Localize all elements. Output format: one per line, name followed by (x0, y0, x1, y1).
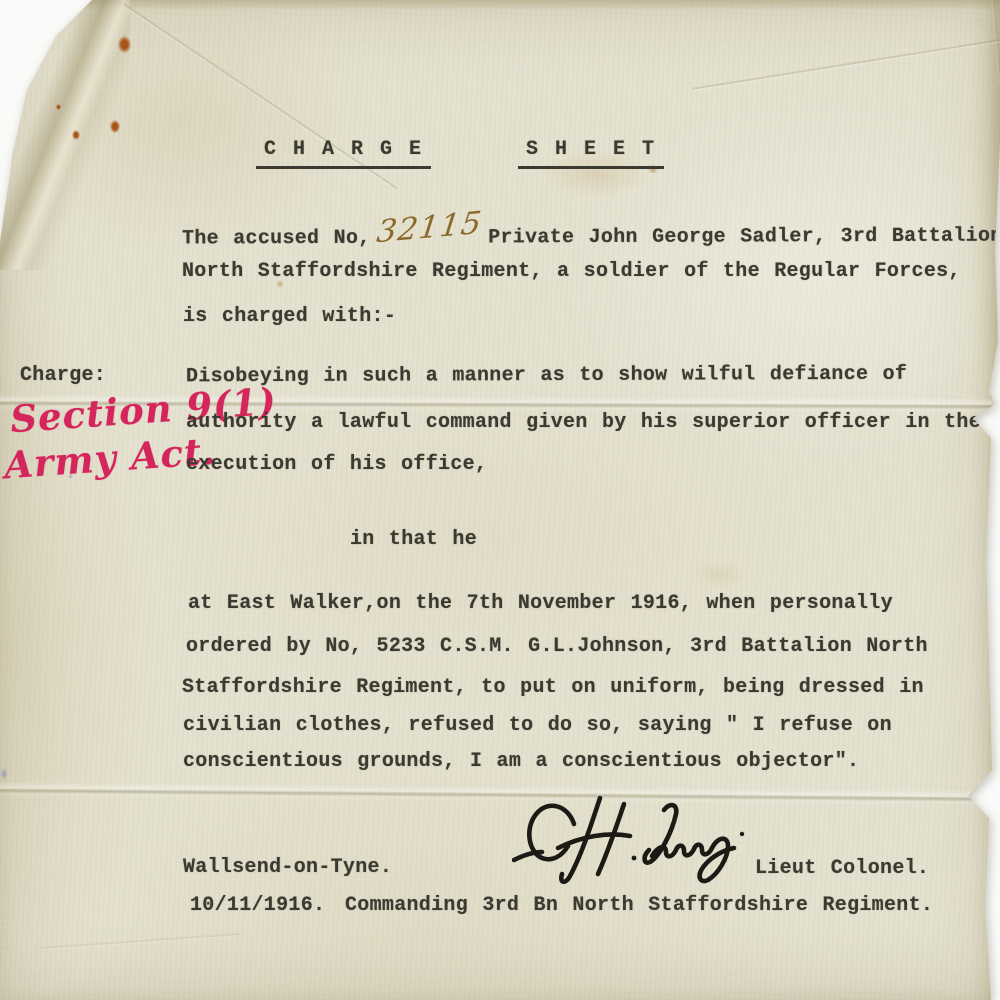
intro-line-1-post: Private John George Sadler, 3rd Battalio… (488, 225, 1000, 250)
rank-line: Lieut Colonel. (755, 857, 929, 880)
paper-sheet: C H A R G E S H E E T The accused No,321… (0, 0, 1000, 1000)
crease-bottom-left (40, 933, 240, 949)
intro-line-3: is charged with:- (183, 305, 396, 328)
intro-line-1-pre: The accused No, (182, 227, 371, 251)
torn-right-edge (972, 0, 1000, 1000)
blue-ink-mark-left-edge (0, 768, 8, 780)
charge-sheet-photo: C H A R G E S H E E T The accused No,321… (0, 0, 1000, 1000)
date-line: 10/11/1916. (190, 894, 325, 917)
particulars-line-3: Staffordshire Regiment, to put on unifor… (182, 676, 924, 699)
intro-line-2: North Staffordshire Regiment, a soldier … (182, 260, 961, 283)
commanding-officer-signature (512, 794, 752, 894)
document-title-charge: C H A R G E (256, 138, 431, 169)
place-line: Wallsend-on-Tyne. (183, 856, 392, 879)
handwritten-accused-number: 32115 (374, 205, 483, 250)
command-line: Commanding 3rd Bn North Staffordshire Re… (345, 894, 933, 917)
faint-stain (690, 560, 750, 590)
paper-top-shading (80, 0, 1000, 10)
particulars-line-2: ordered by No, 5233 C.S.M. G.L.Johnson, … (186, 635, 928, 658)
paper-wrap: C H A R G E S H E E T The accused No,321… (0, 0, 1000, 1000)
particulars-line-4: civilian clothes, refused to do so, sayi… (183, 714, 892, 737)
charge-line-2: authority a lawful command given by his … (186, 411, 981, 434)
particulars-line-5: conscientious grounds, I am a conscienti… (183, 750, 859, 773)
torn-corner-fold (0, 0, 130, 270)
charge-line-1: Disobeying in such a manner as to show w… (186, 363, 907, 389)
document-title-sheet: S H E E T (518, 138, 664, 169)
horizontal-fold-crease-lower (0, 782, 1000, 807)
particulars-line-1: at East Walker,on the 7th November 1916,… (188, 592, 893, 615)
charge-label: Charge: (20, 364, 106, 387)
charge-line-3: execution of his office, (186, 453, 487, 476)
diagonal-crease-top-right (692, 36, 1000, 90)
charge-connector: in that he (350, 528, 477, 551)
intro-line-1: The accused No,32115Private John George … (182, 213, 1000, 252)
